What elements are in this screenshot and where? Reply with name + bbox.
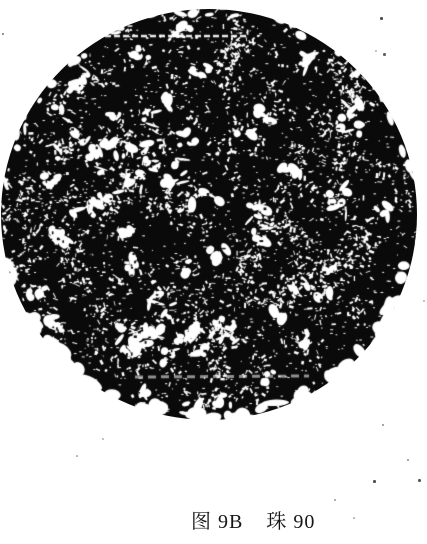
scan-noise-dot	[353, 517, 355, 519]
figure-caption: 图 9B 珠 90	[191, 510, 315, 534]
caption-figure-label: 图 9B	[191, 510, 243, 534]
scan-noise-dot	[102, 438, 104, 440]
scan-noise-dot	[382, 424, 384, 426]
caption-specimen-label: 珠 90	[266, 510, 315, 534]
scan-noise-dot	[418, 479, 421, 482]
scan-noise-dot	[373, 480, 376, 483]
scan-noise-dot	[76, 455, 78, 457]
scan-noise-dot	[407, 459, 409, 461]
scan-noise-dot	[383, 53, 386, 56]
micrograph-texture-canvas	[1, 9, 417, 420]
scan-noise-dot	[375, 50, 377, 52]
scanned-page: 图 9B 珠 90	[0, 0, 427, 544]
scan-noise-dot	[2, 33, 4, 35]
scan-noise-dot	[423, 300, 425, 302]
micrograph-image	[1, 9, 417, 420]
scan-noise-dot	[380, 17, 383, 20]
scan-noise-dot	[334, 499, 336, 501]
